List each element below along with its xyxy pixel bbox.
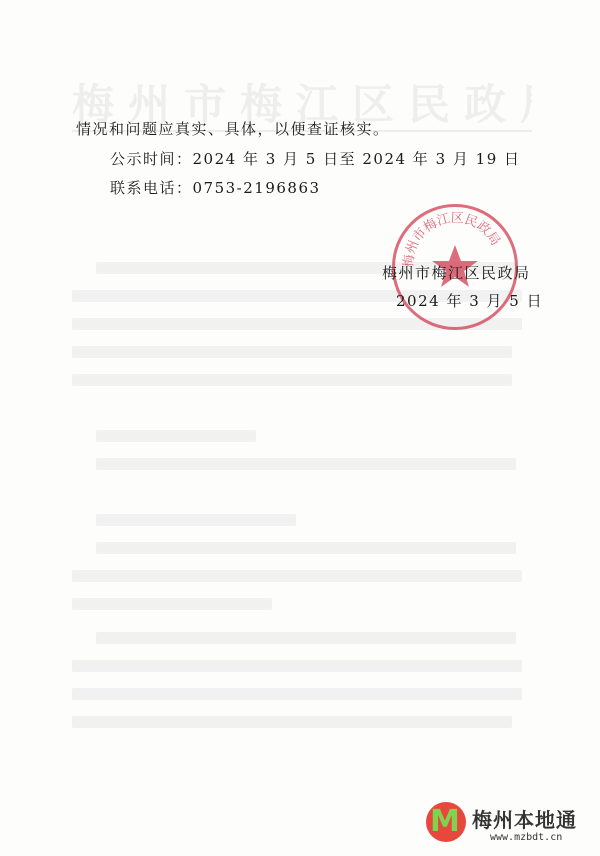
bleed-through-text [96, 458, 516, 470]
signature-date: 2024 年 3 月 5 日 [396, 290, 543, 311]
bleed-through-text [72, 660, 522, 672]
bleed-through-text [72, 716, 512, 728]
publicity-period: 公示时间：2024 年 3 月 5 日至 2024 年 3 月 19 日 [110, 148, 521, 169]
contact-phone: 联系电话：0753-2196863 [110, 177, 321, 198]
body-text-line: 情况和问题应真实、具体，以便查证核实。 [76, 118, 390, 139]
bleed-through-text [72, 570, 522, 582]
watermark-logo: M 梅州本地通 www.mzbdt.cn [424, 800, 600, 850]
bleed-through-text [96, 514, 296, 526]
signature-organization: 梅州市梅江区民政局 [382, 262, 531, 283]
bleed-through-text [96, 542, 516, 554]
bleed-through-text [72, 598, 272, 610]
logo-letter: M [430, 806, 460, 838]
bleed-through-text [72, 688, 522, 700]
logo-url: www.mzbdt.cn [490, 832, 562, 843]
bleed-through-text [96, 430, 256, 442]
logo-name: 梅州本地通 [472, 804, 577, 833]
bleed-through-text [72, 346, 512, 358]
bleed-through-text [96, 632, 516, 644]
bleed-through-text [72, 374, 512, 386]
